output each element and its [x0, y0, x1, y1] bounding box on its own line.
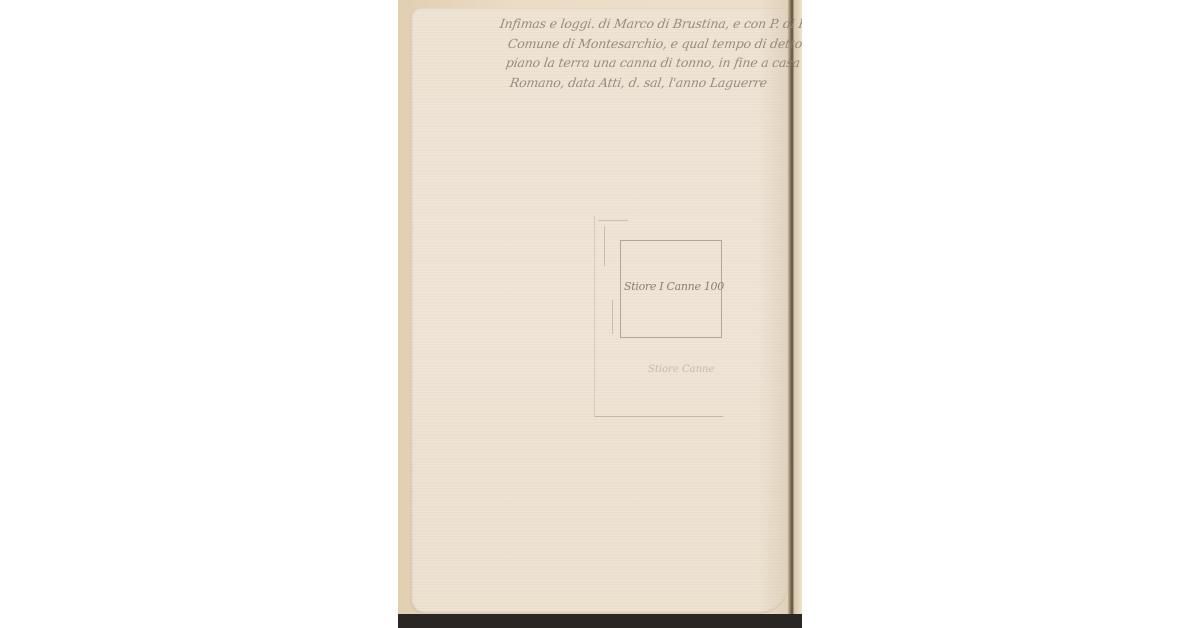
binding-gutter: [788, 0, 802, 618]
sketch-mark: [604, 226, 605, 266]
binding-shadow: [758, 0, 788, 618]
handwritten-line: Infimas e loggi. di Marco di Brustina, e…: [499, 14, 802, 34]
handwritten-line: piano la terra una canna di tonno, in fi…: [505, 53, 802, 73]
diagram-label: Stiore I Canne 100: [624, 280, 724, 293]
manuscript-scan: Infimas e loggi. di Marco di Brustina, e…: [398, 0, 802, 628]
sketch-mark: [612, 300, 613, 334]
scan-backdrop: [398, 614, 802, 628]
page-canvas: Infimas e loggi. di Marco di Brustina, e…: [0, 0, 1200, 628]
handwritten-line: Comune di Montesarchio, e qual tempo di …: [507, 34, 802, 54]
handwritten-line: Romano, data Atti, d. sal, l'anno Laguer…: [509, 73, 802, 93]
diagram-faint-text: Stiore Canne: [648, 364, 714, 375]
sketch-mark: [598, 220, 628, 221]
handwritten-text-block: Infimas e loggi. di Marco di Brustina, e…: [516, 14, 802, 92]
